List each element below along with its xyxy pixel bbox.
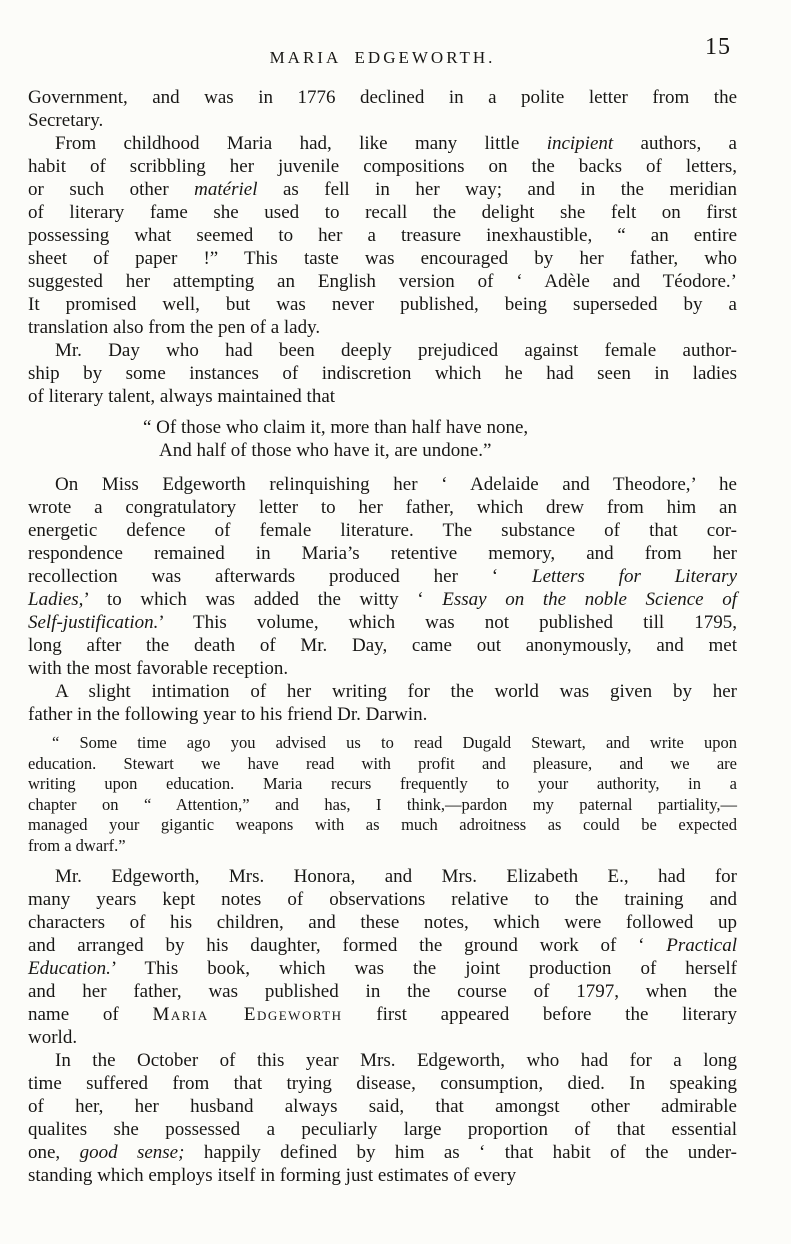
text-run: and arranged by his daughter, formed the… <box>28 935 666 956</box>
text-line: name of Maria Edgeworth first appeared b… <box>28 1003 737 1026</box>
paragraph: Government, and was in 1776 declined in … <box>28 86 737 132</box>
text-line: many years kept notes of observations re… <box>28 888 737 911</box>
text-run: energetic defence of female literature. … <box>28 520 737 541</box>
verse-quote: “ Of those who claim it, more than half … <box>28 416 737 462</box>
text-run: A slight intimation of her writing for t… <box>55 681 737 702</box>
italic-text: incipient <box>547 133 613 154</box>
text-run: long after the death of Mr. Day, came ou… <box>28 635 737 656</box>
text-line: long after the death of Mr. Day, came ou… <box>28 634 737 657</box>
text-run: “ Of those who claim it, more than half … <box>143 417 528 438</box>
text-run: of literary talent, always maintained th… <box>28 386 335 407</box>
running-title: MARIA EDGEWORTH. <box>28 40 737 68</box>
text-run: of literary fame she used to recall the … <box>28 202 737 223</box>
text-run: qualites she possessed a peculiarly larg… <box>28 1119 737 1140</box>
text-line: writing upon education. Maria recurs fre… <box>28 774 737 795</box>
text-run: recollection was afterwards produced her… <box>28 566 532 587</box>
text-run: possessing what seemed to her a treasure… <box>28 225 737 246</box>
page-body: Government, and was in 1776 declined in … <box>28 86 737 1187</box>
text-run: ship by some instances of indiscretion w… <box>28 363 737 384</box>
text-run: Government, and was in 1776 declined in … <box>28 87 737 108</box>
text-run: translation also from the pen of a lady. <box>28 317 320 338</box>
text-line: education. Stewart we have read with pro… <box>28 754 737 775</box>
text-line: habit of scribbling her juvenile composi… <box>28 155 737 178</box>
text-run: education. Stewart we have read with pro… <box>28 754 737 773</box>
text-line: standing which employs itself in forming… <box>28 1164 737 1187</box>
text-run: habit of scribbling her juvenile composi… <box>28 156 737 177</box>
text-line: wrote a congratulatory letter to her fat… <box>28 496 737 519</box>
text-line: father in the following year to his frie… <box>28 703 737 726</box>
text-run: ’ This volume, which was not published t… <box>158 612 737 633</box>
text-run: as fell in her way; and in the meridian <box>258 179 738 200</box>
text-run: Mr. Edgeworth, Mrs. Honora, and Mrs. Eli… <box>55 866 737 887</box>
paragraph: Mr. Edgeworth, Mrs. Honora, and Mrs. Eli… <box>28 865 737 1049</box>
text-line: with the most favorable reception. <box>28 657 737 680</box>
text-line: respondence remained in Maria’s retentiv… <box>28 542 737 565</box>
text-run: of her, her husband always said, that am… <box>28 1096 737 1117</box>
text-run: In the October of this year Mrs. Edgewor… <box>55 1050 737 1071</box>
text-line: On Miss Edgeworth relinquishing her ‘ Ad… <box>28 473 737 496</box>
text-line: qualites she possessed a peculiarly larg… <box>28 1118 737 1141</box>
text-line: and arranged by his daughter, formed the… <box>28 934 737 957</box>
book-page: MARIA EDGEWORTH. 15 Government, and was … <box>0 0 791 1244</box>
paragraph: Mr. Day who had been deeply prejudiced a… <box>28 339 737 408</box>
text-line: one, good sense; happily defined by him … <box>28 1141 737 1164</box>
text-run: On Miss Edgeworth relinquishing her ‘ Ad… <box>55 474 737 495</box>
text-line: From childhood Maria had, like many litt… <box>28 132 737 155</box>
text-line: suggested her attempting an English vers… <box>28 270 737 293</box>
text-line: Mr. Edgeworth, Mrs. Honora, and Mrs. Eli… <box>28 865 737 888</box>
italic-text: good sense; <box>80 1142 185 1163</box>
text-run: from a dwarf.” <box>28 836 126 855</box>
text-line: Education.’ This book, which was the joi… <box>28 957 737 980</box>
text-run: name of <box>28 1004 152 1025</box>
text-line: of literary talent, always maintained th… <box>28 385 737 408</box>
text-run: writing upon education. Maria recurs fre… <box>28 774 737 793</box>
text-line: or such other matériel as fell in her wa… <box>28 178 737 201</box>
text-line: of her, her husband always said, that am… <box>28 1095 737 1118</box>
text-line: A slight intimation of her writing for t… <box>28 680 737 703</box>
text-run: managed your gigantic weapons with as mu… <box>28 815 737 834</box>
text-line: translation also from the pen of a lady. <box>28 316 737 339</box>
text-line: Secretary. <box>28 109 737 132</box>
small-caps-text: Maria Edgeworth <box>152 1004 342 1025</box>
italic-text: matériel <box>194 179 257 200</box>
text-run: standing which employs itself in forming… <box>28 1165 516 1186</box>
text-run: authors, a <box>613 133 737 154</box>
italic-text: Ladies, <box>28 589 83 610</box>
text-run: first appeared before the literary <box>343 1004 737 1025</box>
text-run: “ Some time ago you advised us to read D… <box>52 733 737 752</box>
text-line: energetic defence of female literature. … <box>28 519 737 542</box>
text-run: or such other <box>28 179 194 200</box>
text-line: It promised well, but was never publishe… <box>28 293 737 316</box>
text-run: many years kept notes of observations re… <box>28 889 737 910</box>
text-run: respondence remained in Maria’s retentiv… <box>28 543 737 564</box>
paragraph: On Miss Edgeworth relinquishing her ‘ Ad… <box>28 473 737 680</box>
text-run: From childhood Maria had, like many litt… <box>55 133 547 154</box>
text-line: Government, and was in 1776 declined in … <box>28 86 737 109</box>
text-line: And half of those who have it, are undon… <box>159 439 737 462</box>
text-run: It promised well, but was never publishe… <box>28 294 737 315</box>
text-run: sheet of paper !” This taste was encoura… <box>28 248 737 269</box>
text-run: chapter on “ Attention,” and has, I thin… <box>28 795 737 814</box>
text-line: Ladies,’ to which was added the witty ‘ … <box>28 588 737 611</box>
text-line: managed your gigantic weapons with as mu… <box>28 815 737 836</box>
text-run: suggested her attempting an English vers… <box>28 271 737 292</box>
text-line: “ Some time ago you advised us to read D… <box>28 733 737 754</box>
text-run: and her father, was published in the cou… <box>28 981 737 1002</box>
italic-text: Education. <box>28 958 111 979</box>
text-line: from a dwarf.” <box>28 836 737 857</box>
page-header: MARIA EDGEWORTH. 15 <box>28 40 737 86</box>
text-line: sheet of paper !” This taste was encoura… <box>28 247 737 270</box>
text-line: In the October of this year Mrs. Edgewor… <box>28 1049 737 1072</box>
text-line: of literary fame she used to recall the … <box>28 201 737 224</box>
paragraph: From childhood Maria had, like many litt… <box>28 132 737 339</box>
quoted-letter: “ Some time ago you advised us to read D… <box>28 733 737 856</box>
italic-text: Letters for Literary <box>532 566 737 587</box>
italic-text: Essay on the noble Science of <box>442 589 737 610</box>
paragraph: In the October of this year Mrs. Edgewor… <box>28 1049 737 1187</box>
text-line: world. <box>28 1026 737 1049</box>
text-line: and her father, was published in the cou… <box>28 980 737 1003</box>
text-run: happily defined by him as ‘ that habit o… <box>184 1142 737 1163</box>
text-run: ’ This book, which was the joint product… <box>111 958 737 979</box>
text-run: father in the following year to his frie… <box>28 704 427 725</box>
text-run: wrote a congratulatory letter to her fat… <box>28 497 737 518</box>
text-line: ship by some instances of indiscretion w… <box>28 362 737 385</box>
text-run: characters of his children, and these no… <box>28 912 737 933</box>
text-run: Secretary. <box>28 110 103 131</box>
text-line: chapter on “ Attention,” and has, I thin… <box>28 795 737 816</box>
text-line: Self-justification.’ This volume, which … <box>28 611 737 634</box>
text-run: one, <box>28 1142 80 1163</box>
text-line: recollection was afterwards produced her… <box>28 565 737 588</box>
text-run: with the most favorable reception. <box>28 658 288 679</box>
text-line: possessing what seemed to her a treasure… <box>28 224 737 247</box>
text-run: ’ to which was added the witty ‘ <box>83 589 442 610</box>
text-run: time suffered from that trying disease, … <box>28 1073 737 1094</box>
italic-text: Self-justification. <box>28 612 158 633</box>
text-line: Mr. Day who had been deeply prejudiced a… <box>28 339 737 362</box>
text-run: And half of those who have it, are undon… <box>159 440 491 461</box>
text-run: Mr. Day who had been deeply prejudiced a… <box>55 340 737 361</box>
italic-text: Practical <box>666 935 737 956</box>
text-line: characters of his children, and these no… <box>28 911 737 934</box>
page-number: 15 <box>705 34 731 61</box>
text-line: “ Of those who claim it, more than half … <box>143 416 737 439</box>
paragraph: A slight intimation of her writing for t… <box>28 680 737 726</box>
text-line: time suffered from that trying disease, … <box>28 1072 737 1095</box>
text-run: world. <box>28 1027 77 1048</box>
